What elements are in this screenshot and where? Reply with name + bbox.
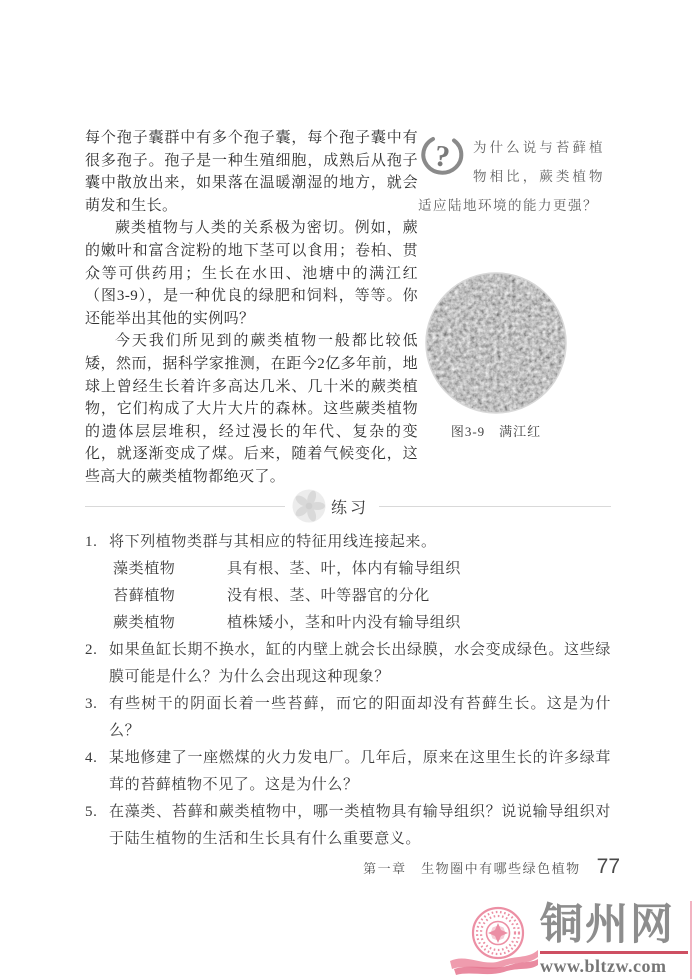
header-rule-left [85,506,285,507]
page-footer: 第一章 生物圈中有哪些绿色植物 77 [85,855,620,879]
exercise-text: 有些树干的阴面长着一些苔藓，而它的阳面却没有苔藓生长。这是为什么？ [109,691,611,745]
exercise-item-1: 1. 将下列植物类群与其相应的特征用线连接起来。 [85,529,611,556]
watermark-site-url: www.bltzw.com [540,956,688,977]
main-text-column: 每个孢子囊群中有多个孢子囊，每个孢子囊中有很多孢子。孢子是一种生殖细胞，成熟后从… [85,127,418,489]
textbook-page: 每个孢子囊群中有多个孢子囊，每个孢子囊中有很多孢子。孢子是一种生殖细胞，成熟后从… [0,0,692,979]
exercise-item-4: 4. 某地修建了一座燃煤的火力发电厂。几年后，原来在这里生长的许多绿茸茸的苔藓植… [85,745,611,799]
watermark-text: 铜州网 www.bltzw.com [540,904,688,977]
exercise-text: 某地修建了一座燃煤的火力发电厂。几年后，原来在这里生长的许多绿茸茸的苔藓植物不见… [109,745,611,799]
chapter-title: 第一章 生物圈中有哪些绿色植物 [363,858,581,877]
watermark-divider [540,951,688,954]
matching-right-item: 没有根、茎、叶等器官的分化 [227,583,611,610]
exercise-number: 5. [85,799,109,853]
matching-right-item: 具有根、茎、叶，体内有输导组织 [227,556,611,583]
exercises-header: 练习 [85,487,611,525]
paragraph-fern-coal: 今天我们所见到的蕨类植物一般都比较低矮，然而，据科学家推测，在距今2亿多年前，地… [85,330,418,488]
exercise-number: 3. [85,691,109,745]
exercise-text: 将下列植物类群与其相应的特征用线连接起来。 [109,529,611,556]
exercise-item-2: 2. 如果鱼缸长期不换水，缸的内壁上就会长出绿膜，水会变成绿色。这些绿膜可能是什… [85,637,611,691]
svg-text:?: ? [432,139,453,174]
paragraph-spores: 每个孢子囊群中有多个孢子囊，每个孢子囊中有很多孢子。孢子是一种生殖细胞，成熟后从… [85,127,418,217]
flower-icon [291,488,327,524]
exercise-number: 2. [85,637,109,691]
header-rule-right [379,506,611,507]
exercise-item-5: 5. 在藻类、苔藓和蕨类植物中，哪一类植物具有输导组织？说说输导组织对于陆生植物… [85,799,611,853]
matching-left-item: 藻类植物 [113,556,227,583]
matching-right-item: 植株矮小，茎和叶内没有输导组织 [227,610,611,637]
question-mark-icon: ? [418,133,466,179]
matching-table: 藻类植物 具有根、茎、叶，体内有输导组织 苔藓植物 没有根、茎、叶等器官的分化 … [113,556,611,637]
medallion-ribbon-logo-icon [448,905,540,977]
exercise-text: 在藻类、苔藓和蕨类植物中，哪一类植物具有输导组织？说说输导组织对于陆生植物的生活… [109,799,611,853]
sidebar: ? 为什么说与苔藓植物相比，蕨类植物适应陆地环境的能力更强？ [418,133,604,445]
matching-left-item: 蕨类植物 [113,610,227,637]
matching-left-item: 苔藓植物 [113,583,227,610]
watermark-site-name: 铜州网 [540,904,688,947]
exercise-number: 4. [85,745,109,799]
matching-row: 苔藓植物 没有根、茎、叶等器官的分化 [113,583,611,610]
exercises-section: 练习 1. 将下列植物类群与其相应的特征用线连接起来。 藻类植物 具有根、茎、叶… [85,487,611,853]
exercises-title: 练习 [331,495,369,518]
paragraph-fern-uses: 蕨类植物与人类的关系极为密切。例如，蕨的嫩叶和富含淀粉的地下茎可以食用；卷柏、贯… [85,217,418,330]
watermark: 铜州网 www.bltzw.com [448,904,688,977]
azolla-photo [425,272,567,414]
exercise-text: 如果鱼缸长期不换水，缸的内壁上就会长出绿膜，水会变成绿色。这些绿膜可能是什么？为… [109,637,611,691]
page-number: 77 [597,855,620,879]
matching-row: 藻类植物 具有根、茎、叶，体内有输导组织 [113,556,611,583]
matching-row: 蕨类植物 植株矮小，茎和叶内没有输导组织 [113,610,611,637]
think-question-block: ? 为什么说与苔藓植物相比，蕨类植物适应陆地环境的能力更强？ [418,133,604,220]
figure-caption: 图3-9 满江红 [424,421,568,440]
exercise-item-3: 3. 有些树干的阴面长着一些苔藓，而它的阳面却没有苔藓生长。这是为什么？ [85,691,611,745]
exercise-number: 1. [85,529,109,556]
figure-3-9: 图3-9 满江红 [424,272,568,440]
exercise-list: 1. 将下列植物类群与其相应的特征用线连接起来。 藻类植物 具有根、茎、叶，体内… [85,529,611,853]
